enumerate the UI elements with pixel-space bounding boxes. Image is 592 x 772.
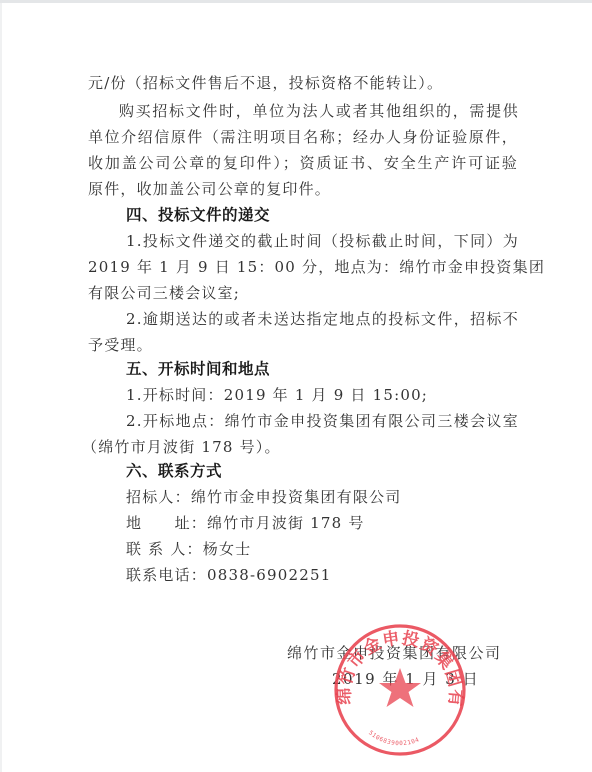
contact-address: 地 址：绵竹市月波街 178 号: [126, 513, 365, 533]
paragraph-purchase-line-4: 原件，收加盖公司公章的复印件。: [88, 179, 331, 199]
contact-phone-value: 0838-6902251: [207, 566, 331, 584]
svg-text:5106839002104: 5106839002104: [367, 729, 421, 747]
document-page: 元/份（招标文件售后不退，投标资格不能转让）。 购买招标文件时，单位为法人或者其…: [0, 0, 592, 772]
contact-phone-label: 联系电话：: [126, 566, 207, 584]
svg-text:绵竹市金申投资集团有限公司: 绵竹市金申投资集团有限公司: [330, 620, 466, 708]
section-heading-opening: 五、开标时间和地点: [126, 359, 270, 379]
contact-address-label: 地 址：: [126, 514, 207, 532]
section-heading-bid-submission: 四、投标文件的递交: [126, 205, 270, 225]
contact-person-value: 杨女士: [203, 540, 252, 558]
opening-time-line: 1.开标时间：2019 年 1 月 9 日 15:00;: [126, 385, 428, 405]
paragraph-purchase-line-3: 收加盖公司公章的复印件）；资质证书、安全生产许可证验: [88, 153, 518, 173]
contact-person: 联 系 人：杨女士: [126, 539, 251, 559]
paragraph-purchase-line-2: 单位介绍信原件（需注明项目名称；经办人身份证验原件，: [88, 127, 518, 147]
bid-submission-line-2: 2019 年 1 月 9 日 15：00 分，地点为：绵竹市金申投资集团: [88, 257, 518, 277]
contact-tenderer-label: 招标人：: [126, 488, 191, 506]
signature-date: 2019 年 1 月 3 日: [332, 669, 479, 689]
bid-submission-line-3: 有限公司三楼会议室;: [88, 283, 240, 303]
paragraph-purchase-line-1: 购买招标文件时，单位为法人或者其他组织的，需提供: [119, 101, 519, 121]
company-seal-icon: 绵竹市金申投资集团有限公司 5106839002104: [330, 620, 470, 760]
bid-submission-line-1: 1.投标文件递交的截止时间（投标截止时间，下同）为: [126, 231, 519, 251]
opening-address-line: （绵竹市月波街 178 号）。: [82, 437, 281, 457]
contact-tenderer-value: 绵竹市金申投资集团有限公司: [191, 488, 402, 506]
contact-person-label: 联 系 人：: [126, 540, 203, 558]
contact-address-value: 绵竹市月波街 178 号: [207, 514, 365, 532]
section-heading-contact: 六、联系方式: [126, 461, 222, 481]
opening-location-line: 2.开标地点：绵竹市金申投资集团有限公司三楼会议室: [126, 411, 519, 431]
bid-submission-line-4: 2.逾期送达的或者未送达指定地点的投标文件，招标不: [126, 309, 519, 329]
bid-submission-line-5: 予受理。: [88, 335, 153, 355]
paragraph-fee-note: 元/份（招标文件售后不退，投标资格不能转让）。: [88, 73, 443, 93]
contact-tenderer: 招标人：绵竹市金申投资集团有限公司: [126, 487, 401, 507]
contact-phone: 联系电话：0838-6902251: [126, 565, 331, 585]
signature-company: 绵竹市金申投资集团有限公司: [287, 643, 502, 663]
